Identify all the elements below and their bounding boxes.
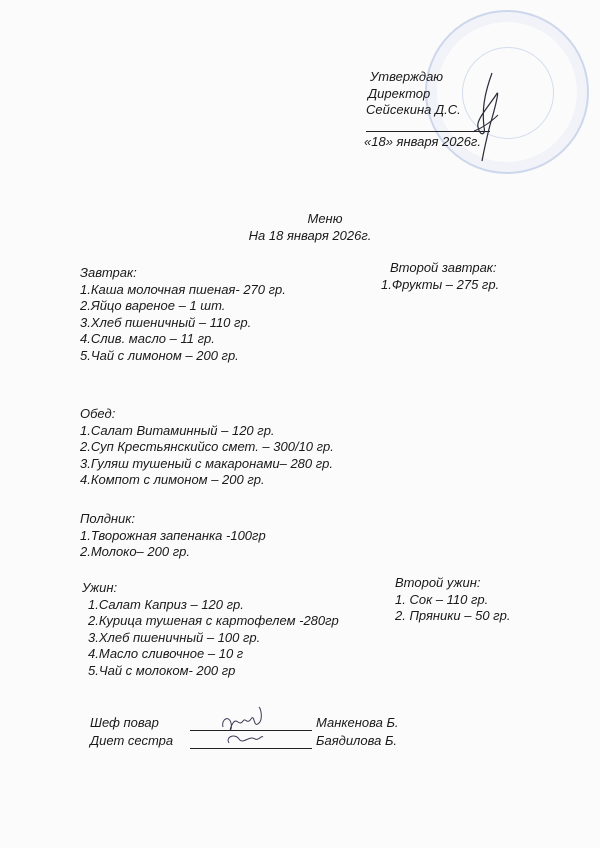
menu-item: 2.Курица тушеная с картофелем -280гр [88,613,339,630]
menu-item: 2.Суп Крестьянскийсо смет. – 300/10 гр. [80,439,334,456]
menu-item: 1.Салат Каприз – 120 гр. [88,597,339,614]
menu-item: 1.Творожная запенанка -100гр [80,528,266,545]
signature-chef-role: Шеф повар [90,715,159,732]
signature-nurse-role: Диет сестра [90,733,173,750]
dinner-section: Ужин: 1.Салат Каприз – 120 гр. 2.Курица … [82,580,339,679]
menu-item: 2.Молоко– 200 гр. [80,544,266,561]
breakfast-label: Завтрак: [80,265,286,282]
menu-item: 1.Каша молочная пшеная- 270 гр. [80,282,286,299]
menu-title: Меню [0,211,600,228]
menu-item: 1. Сок – 110 гр. [395,592,510,609]
menu-item: 5.Чай с лимоном – 200 гр. [80,348,286,365]
second-dinner-label: Второй ужин: [395,575,510,592]
menu-item: 2.Яйцо вареное – 1 шт. [80,298,286,315]
director-signature [470,65,510,165]
menu-item: 3.Хлеб пшеничный – 100 гр. [88,630,339,647]
menu-item: 1.Фрукты – 275 гр. [381,277,499,294]
menu-item: 1.Салат Витаминный – 120 гр. [80,423,334,440]
snack-section: Полдник: 1.Творожная запенанка -100гр 2.… [80,511,266,561]
approval-date: «18» января 2026г. [364,134,481,151]
menu-date: На 18 января 2026г. [0,228,600,245]
menu-item: 3.Гуляш тушеный с макаронами– 280 гр. [80,456,334,473]
approval-name: Сейсекина Д.С. [366,102,461,119]
second-dinner-section: Второй ужин: 1. Сок – 110 гр. 2. Пряники… [395,575,510,625]
approval-approve: Утверждаю [370,69,461,86]
menu-item: 4.Слив. масло – 11 гр. [80,331,286,348]
menu-item: 5.Чай с молоком- 200 гр [88,663,339,680]
second-breakfast-label: Второй завтрак: [390,260,499,277]
chef-signature [215,705,275,750]
menu-item: 2. Пряники – 50 гр. [395,608,510,625]
snack-label: Полдник: [80,511,266,528]
menu-item: 4.Масло сливочное – 10 г [88,646,339,663]
breakfast-section: Завтрак: 1.Каша молочная пшеная- 270 гр.… [80,265,286,364]
signature-nurse-name: Баядилова Б. [316,733,397,750]
menu-item: 3.Хлеб пшеничный – 110 гр. [80,315,286,332]
second-breakfast-section: Второй завтрак: 1.Фрукты – 275 гр. [381,260,499,293]
lunch-label: Обед: [80,406,334,423]
approval-position: Директор [368,86,461,103]
dinner-label: Ужин: [82,580,339,597]
menu-item: 4.Компот с лимоном – 200 гр. [80,472,334,489]
approval-block: Утверждаю Директор Сейсекина Д.С. [370,69,461,119]
lunch-section: Обед: 1.Салат Витаминный – 120 гр. 2.Суп… [80,406,334,489]
signature-chef-name: Манкенова Б. [316,715,399,732]
